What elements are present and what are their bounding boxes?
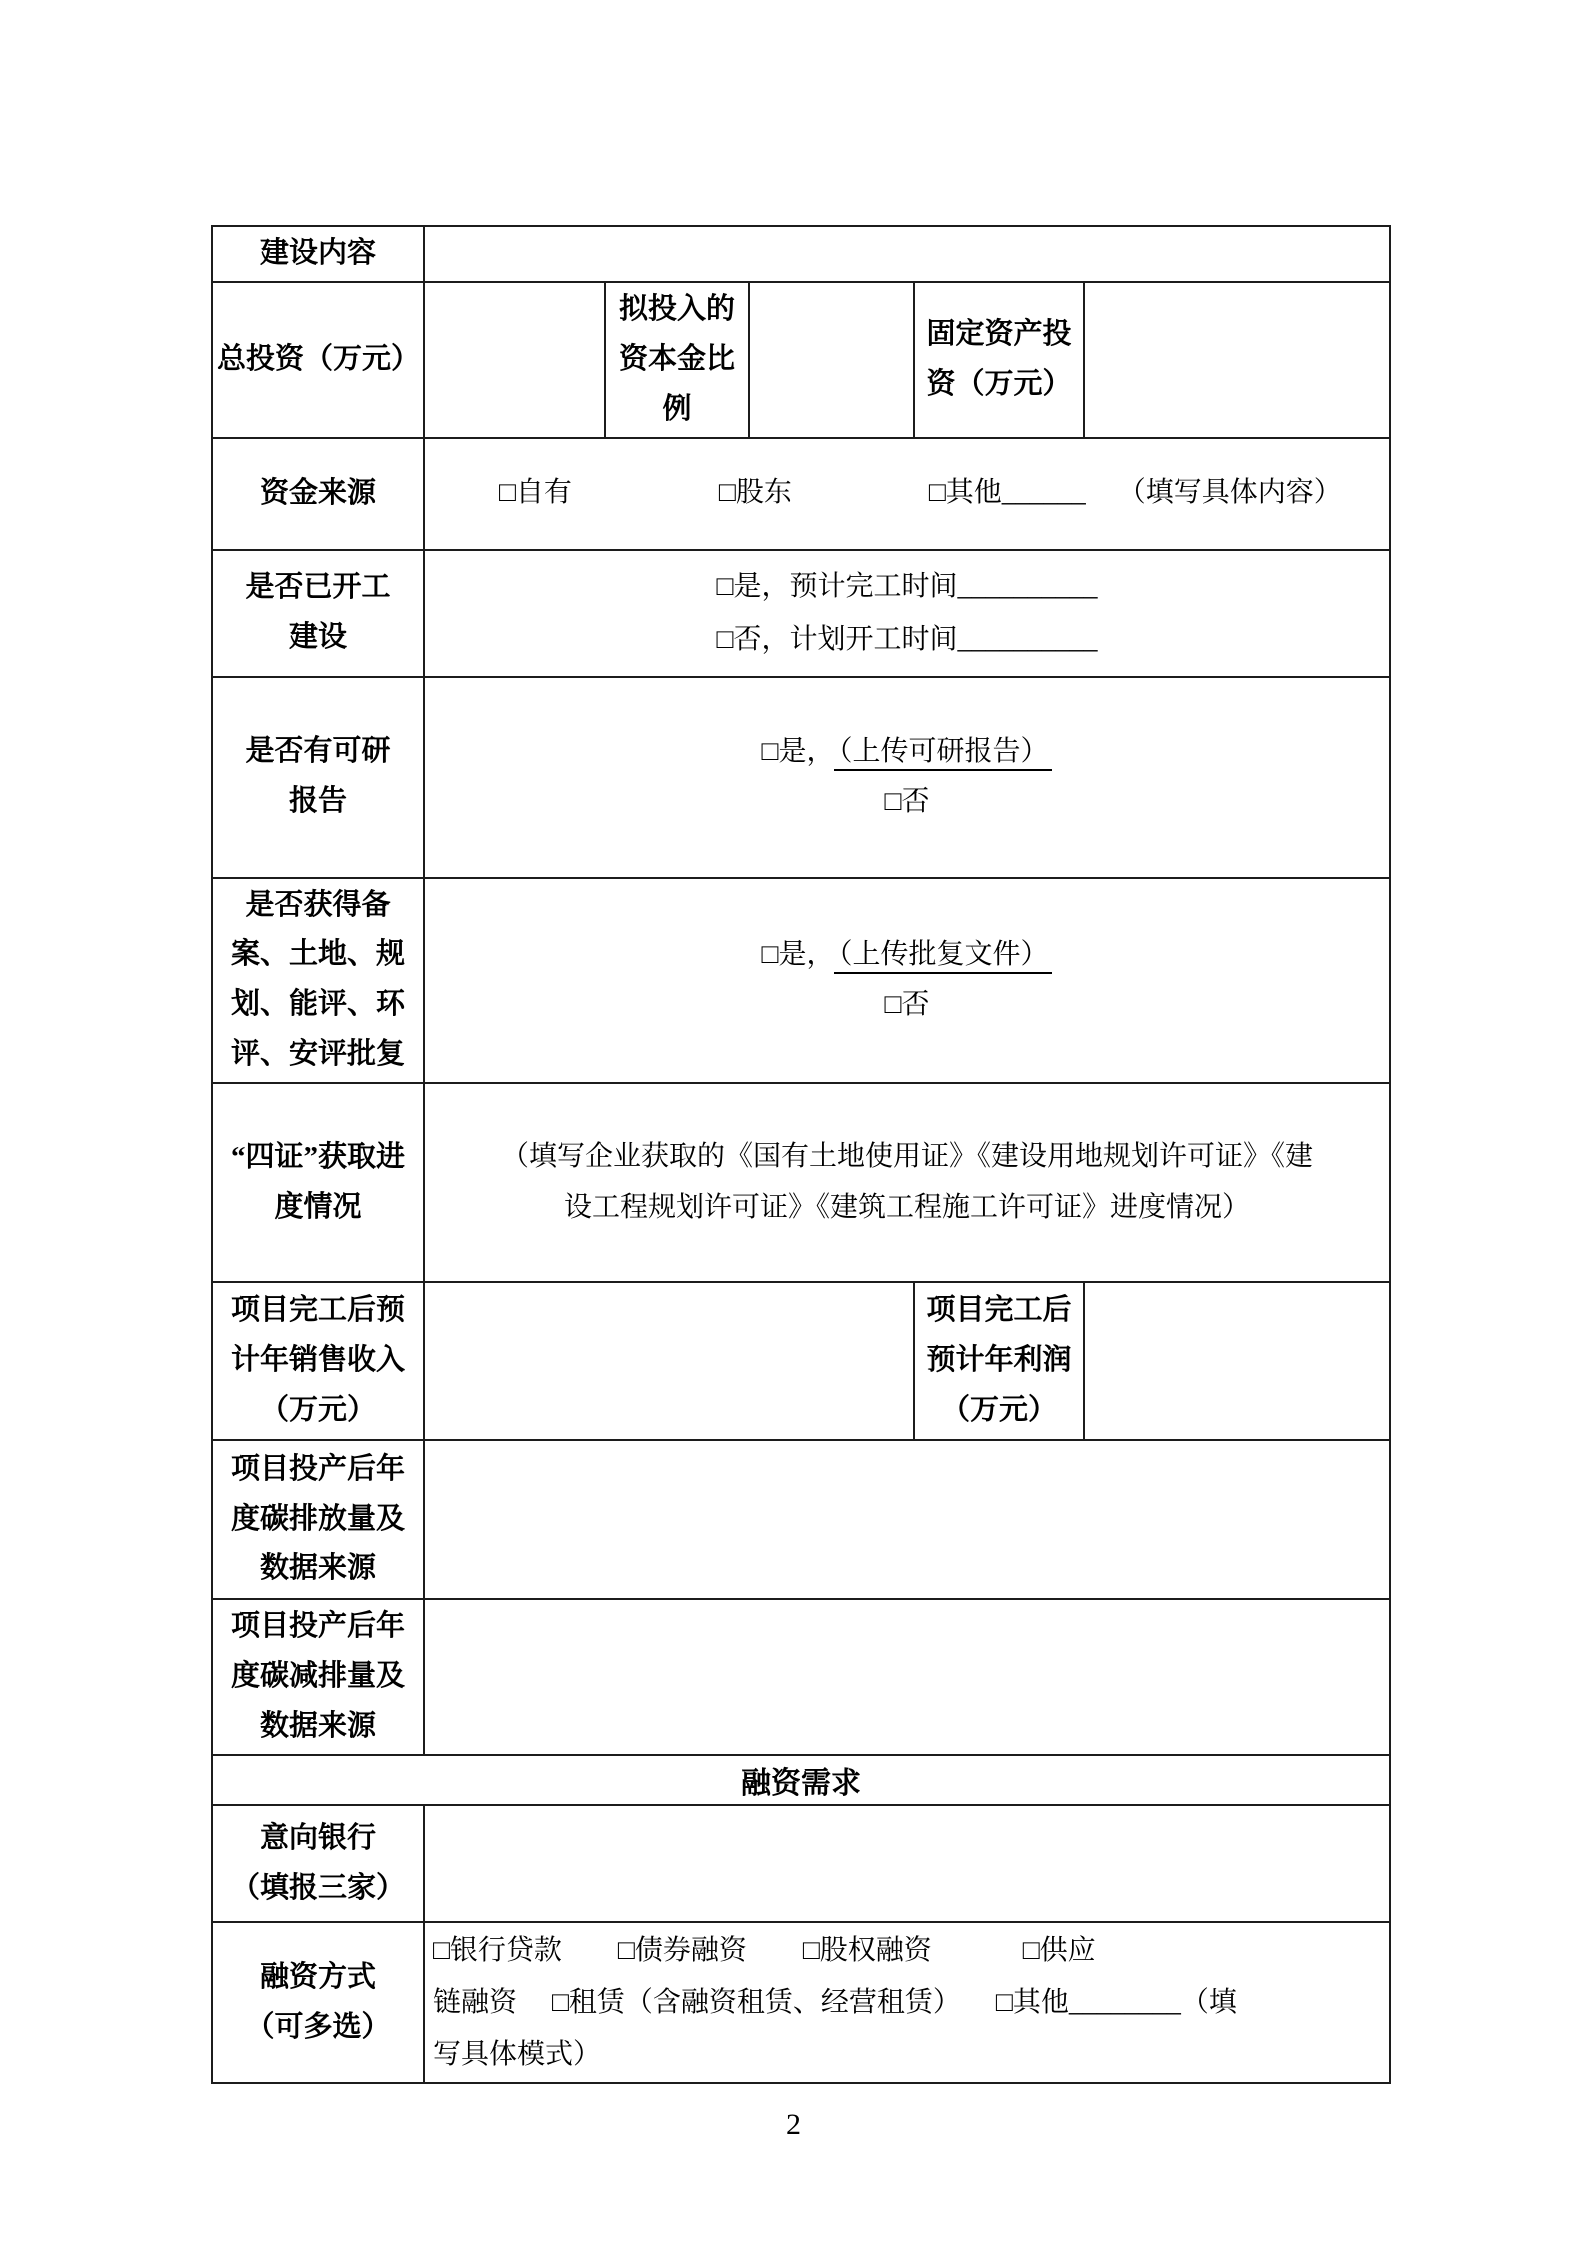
row-carbon-emission: 项目投产后年 度碳排放量及 数据来源 bbox=[212, 1440, 1390, 1599]
row-total-investment: 总投资（万元） 拟投入的 资本金比 例 固定资产投 资（万元） bbox=[212, 282, 1390, 438]
carbon-emission-input[interactable] bbox=[424, 1440, 1390, 1599]
row-feasibility-report: 是否有可研 报告 □是，（上传可研报告） □否 bbox=[212, 677, 1390, 878]
carbon-reduction-input[interactable] bbox=[424, 1599, 1390, 1755]
total-investment-input[interactable] bbox=[424, 282, 605, 438]
page-number: 2 bbox=[0, 2108, 1587, 2142]
checkbox-option-self-funded[interactable]: □自有 bbox=[499, 477, 572, 508]
funding-source-options: □自有 □股东 □其他______ （填写具体内容） bbox=[429, 471, 1385, 516]
four-certificates-cell[interactable]: （填写企业获取的《国有土地使用证》《建设用地规划许可证》《建 设工程规划许可证》… bbox=[424, 1083, 1390, 1282]
checkbox-option-other-blank[interactable]: □其他______ bbox=[929, 477, 1086, 508]
intended-banks-input[interactable] bbox=[424, 1805, 1390, 1922]
row-construction-started: 是否已开工 建设 □是，预计完工时间__________ □否，计划开工时间__… bbox=[212, 550, 1390, 677]
feasibility-yes-line: □是，（上传可研报告） bbox=[429, 727, 1385, 777]
four-certificates-hint-line2: 设工程规划许可证》《建筑工程施工许可证》进度情况） bbox=[429, 1183, 1385, 1233]
fixed-asset-investment-input[interactable] bbox=[1084, 282, 1390, 438]
construction-started-cell: □是，预计完工时间__________ □否，计划开工时间__________ bbox=[424, 550, 1390, 677]
four-certificates-hint-line1: （填写企业获取的《国有土地使用证》《建设用地规划许可证》《建 bbox=[429, 1132, 1385, 1182]
document-page: 建设内容 总投资（万元） 拟投入的 资本金比 例 固定资产投 资（万元） 资金来… bbox=[0, 0, 1587, 2245]
checkbox-option-approvals-no[interactable]: □否 bbox=[429, 980, 1385, 1030]
annual-profit-input[interactable] bbox=[1084, 1282, 1390, 1440]
construction-started-options: □是，预计完工时间__________ □否，计划开工时间__________ bbox=[717, 560, 1098, 666]
upload-approval-files-link[interactable]: （上传批复文件） bbox=[834, 939, 1052, 974]
row-intended-banks: 意向银行 （填报三家） bbox=[212, 1805, 1390, 1922]
annual-profit-label: 项目完工后 预计年利润 （万元） bbox=[914, 1282, 1084, 1440]
construction-content-input[interactable] bbox=[424, 226, 1390, 282]
checkbox-option-approvals-yes[interactable]: □是， bbox=[762, 939, 835, 970]
four-certificates-label: “四证”获取进 度情况 bbox=[212, 1083, 424, 1282]
row-construction-content: 建设内容 bbox=[212, 226, 1390, 282]
carbon-reduction-label: 项目投产后年 度碳减排量及 数据来源 bbox=[212, 1599, 424, 1755]
feasibility-report-cell: □是，（上传可研报告） □否 bbox=[424, 677, 1390, 878]
financing-methods-label: 融资方式 （可多选） bbox=[212, 1922, 424, 2083]
financing-methods-options-line3: 写具体模式） bbox=[429, 2029, 1385, 2081]
financing-methods-cell: □银行贷款 □债券融资 □股权融资 □供应 链融资 □租赁（含融资租赁、经营租赁… bbox=[424, 1922, 1390, 2083]
row-carbon-reduction: 项目投产后年 度碳减排量及 数据来源 bbox=[212, 1599, 1390, 1755]
annual-sales-revenue-input[interactable] bbox=[424, 1282, 914, 1440]
funding-source-options-cell: □自有 □股东 □其他______ （填写具体内容） bbox=[424, 438, 1390, 550]
capital-ratio-input[interactable] bbox=[749, 282, 914, 438]
project-form-table: 建设内容 总投资（万元） 拟投入的 资本金比 例 固定资产投 资（万元） 资金来… bbox=[211, 225, 1391, 2084]
construction-started-label: 是否已开工 建设 bbox=[212, 550, 424, 677]
carbon-emission-label: 项目投产后年 度碳排放量及 数据来源 bbox=[212, 1440, 424, 1599]
financing-methods-options-line1[interactable]: □银行贷款 □债券融资 □股权融资 □供应 bbox=[429, 1925, 1385, 1977]
row-approvals: 是否获得备 案、土地、规 划、能评、环 评、安评批复 □是，（上传批复文件） □… bbox=[212, 878, 1390, 1084]
funding-source-note: （填写具体内容） bbox=[1118, 477, 1342, 508]
approvals-label: 是否获得备 案、土地、规 划、能评、环 评、安评批复 bbox=[212, 878, 424, 1084]
construction-content-label: 建设内容 bbox=[212, 226, 424, 282]
approvals-yes-line: □是，（上传批复文件） bbox=[429, 930, 1385, 980]
approvals-cell: □是，（上传批复文件） □否 bbox=[424, 878, 1390, 1084]
row-financing-methods: 融资方式 （可多选） □银行贷款 □债券融资 □股权融资 □供应 链融资 □租赁… bbox=[212, 1922, 1390, 2083]
checkbox-option-feasibility-no[interactable]: □否 bbox=[429, 777, 1385, 827]
row-four-certificates: “四证”获取进 度情况 （填写企业获取的《国有土地使用证》《建设用地规划许可证》… bbox=[212, 1083, 1390, 1282]
checkbox-option-shareholder[interactable]: □股东 bbox=[719, 477, 792, 508]
row-financing-header: 融资需求 bbox=[212, 1755, 1390, 1805]
capital-ratio-label: 拟投入的 资本金比 例 bbox=[605, 282, 749, 438]
funding-source-label: 资金来源 bbox=[212, 438, 424, 550]
financing-methods-options-line2[interactable]: 链融资 □租赁（含融资租赁、经营租赁） □其他________（填 bbox=[429, 1977, 1385, 2029]
upload-feasibility-report-link[interactable]: （上传可研报告） bbox=[834, 736, 1052, 771]
row-post-completion: 项目完工后预 计年销售收入 （万元） 项目完工后 预计年利润 （万元） bbox=[212, 1282, 1390, 1440]
fixed-asset-investment-label: 固定资产投 资（万元） bbox=[914, 282, 1084, 438]
checkbox-option-feasibility-yes[interactable]: □是， bbox=[762, 736, 835, 767]
checkbox-option-started-no[interactable]: □否，计划开工时间__________ bbox=[717, 613, 1098, 666]
feasibility-report-label: 是否有可研 报告 bbox=[212, 677, 424, 878]
row-funding-source: 资金来源 □自有 □股东 □其他______ （填写具体内容） bbox=[212, 438, 1390, 550]
financing-section-header: 融资需求 bbox=[212, 1755, 1390, 1805]
intended-banks-label: 意向银行 （填报三家） bbox=[212, 1805, 424, 1922]
annual-sales-revenue-label: 项目完工后预 计年销售收入 （万元） bbox=[212, 1282, 424, 1440]
total-investment-label: 总投资（万元） bbox=[212, 282, 424, 438]
checkbox-option-started-yes[interactable]: □是，预计完工时间__________ bbox=[717, 560, 1098, 613]
